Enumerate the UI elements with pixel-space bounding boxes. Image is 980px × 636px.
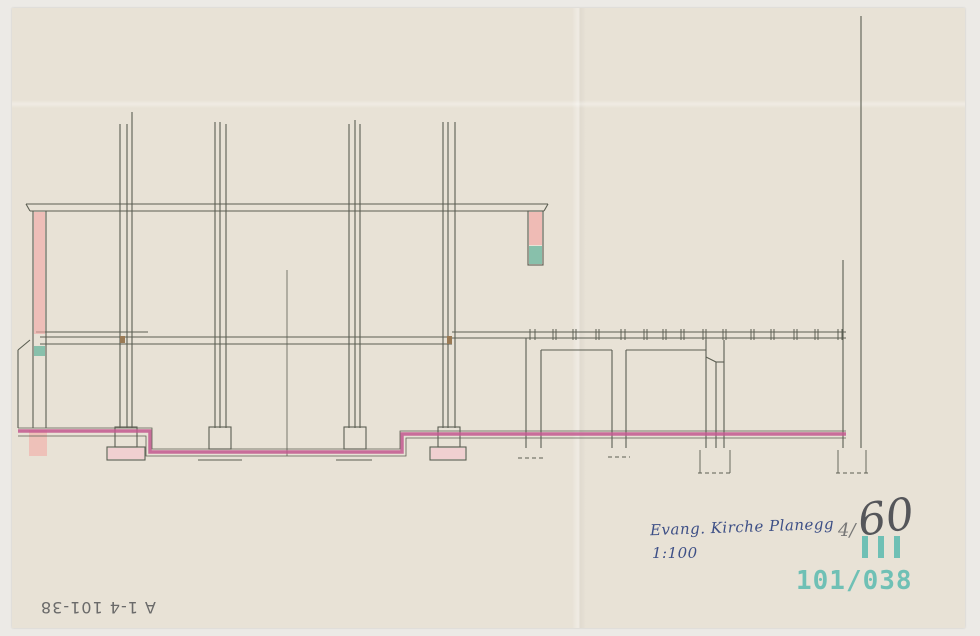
scale-annotation: 1:100 bbox=[652, 544, 698, 562]
column-1 bbox=[120, 112, 132, 428]
section-drawing bbox=[0, 0, 980, 636]
column-3 bbox=[349, 120, 360, 428]
column-2 bbox=[215, 122, 226, 428]
side-wing-footings bbox=[518, 450, 868, 473]
column-4 bbox=[443, 122, 455, 428]
inverted-archive-note: A 1-4 101-38 bbox=[40, 598, 156, 617]
pad-footings bbox=[107, 427, 466, 460]
sheet-number: 60 bbox=[855, 488, 918, 546]
beam-bearing-right bbox=[447, 336, 452, 344]
side-wing-walls bbox=[526, 16, 861, 448]
roof-beam bbox=[26, 204, 548, 211]
colored-infills bbox=[29, 212, 542, 459]
sheet-reference-pencil: 4/ bbox=[838, 520, 856, 541]
beam-bearing-left bbox=[120, 336, 125, 343]
archive-stamp: 101/038 bbox=[796, 566, 913, 596]
